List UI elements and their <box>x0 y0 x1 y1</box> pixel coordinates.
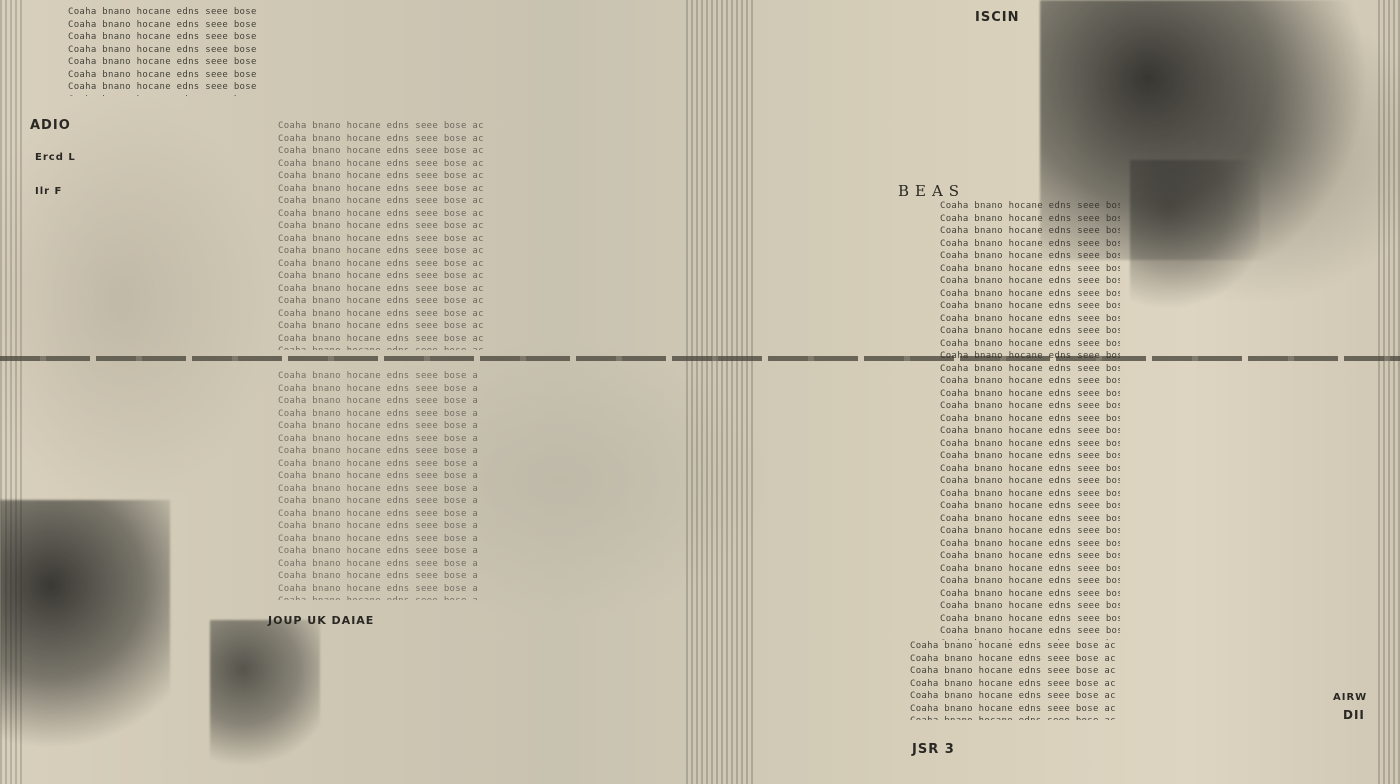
label-jsr3: JSR 3 <box>912 742 955 757</box>
text-column-right-lower: Coaha bnano hocane edns seee bose ac nos… <box>910 640 1120 720</box>
label-right-sub-1: AIRW <box>1333 692 1367 703</box>
heading-beas: BEAS <box>898 182 965 200</box>
vertical-print-strip <box>686 0 756 784</box>
ink-blot-right-mid <box>1130 160 1260 320</box>
label-left-sub-2: Ilr F <box>35 186 62 197</box>
text-column-center-left-lower: Coaha bnano hocane edns seee bose ac nos… <box>278 370 478 600</box>
text-column-right: Coaha bnano hocane edns seee bose ac nos… <box>940 200 1120 640</box>
label-adio: ADIO <box>30 118 71 133</box>
label-right-sub-2: DII <box>1343 708 1365 722</box>
ink-blot-bottom-left <box>0 500 170 784</box>
label-left-sub-1: Ercd L <box>35 152 76 163</box>
text-column-top-left: Coaha bnano hocane edns seee bose ac nos… <box>68 6 258 96</box>
heading-left-bottom: JOUP UK DAIAE <box>268 614 374 627</box>
ink-blot-bottom-center <box>210 620 320 784</box>
text-column-center-left: Coaha bnano hocane edns seee bose ac nos… <box>278 120 488 350</box>
horizontal-fold-seam <box>0 356 1400 361</box>
label-iscin: ISCIN <box>975 10 1019 25</box>
